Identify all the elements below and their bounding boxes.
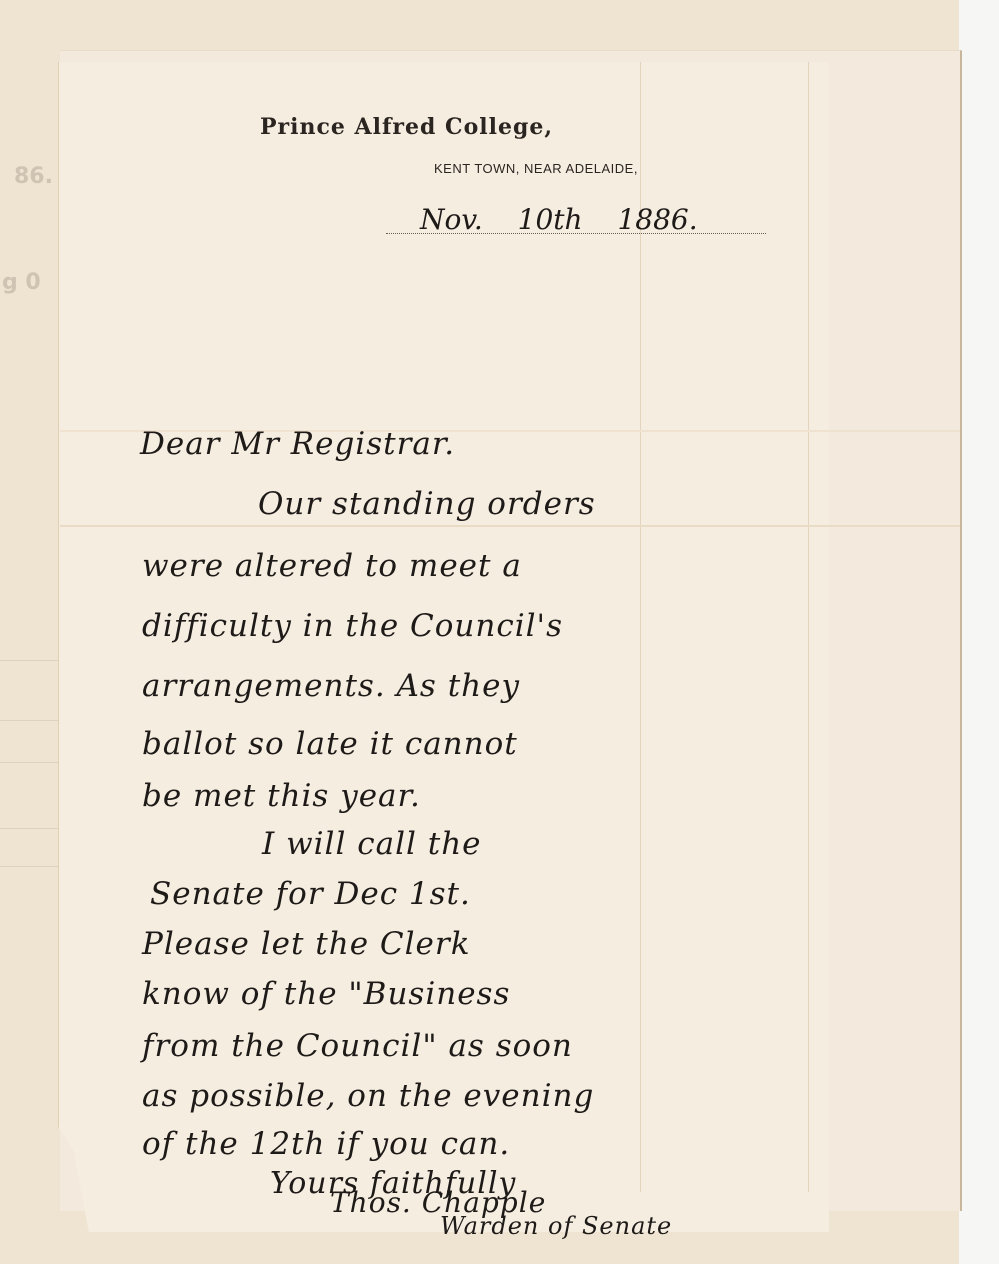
scanner-margin [959,0,999,1264]
salutation: Dear Mr Registrar. [140,426,455,462]
body-line: arrangements. As they [142,668,520,704]
ghost-rule [0,828,58,829]
ghost-rule [0,762,58,763]
body-line: from the Council" as soon [142,1028,573,1064]
body-line: I will call the [262,826,482,862]
body-line: Please let the Clerk [142,926,471,962]
body-line: Senate for Dec 1st. [150,876,471,912]
body-line: as possible, on the evening [142,1078,594,1114]
letterhead-institution: Prince Alfred College, [260,114,553,140]
body-line: were altered to meet a [142,548,522,584]
body-line: be met this year. [142,778,421,814]
body-line: of the 12th if you can. [142,1126,510,1162]
ghost-rule [0,660,58,661]
signature-title: Warden of Senate [440,1212,672,1240]
ghost-text: 86. [14,164,53,189]
body-line: know of the "Business [142,976,510,1012]
body-line: difficulty in the Council's [142,608,563,644]
body-line: Our standing orders [258,486,596,522]
ghost-text: g 0 [2,270,41,295]
letter-date: Nov. 10th 1886. [420,203,698,236]
body-line: ballot so late it cannot [142,726,518,762]
fold-crease-horizontal [60,525,960,527]
letterhead-address: KENT TOWN, NEAR ADELAIDE, [434,161,638,176]
ghost-rule [0,720,58,721]
fold-crease-vertical [808,62,809,1192]
ghost-rule [0,866,58,867]
